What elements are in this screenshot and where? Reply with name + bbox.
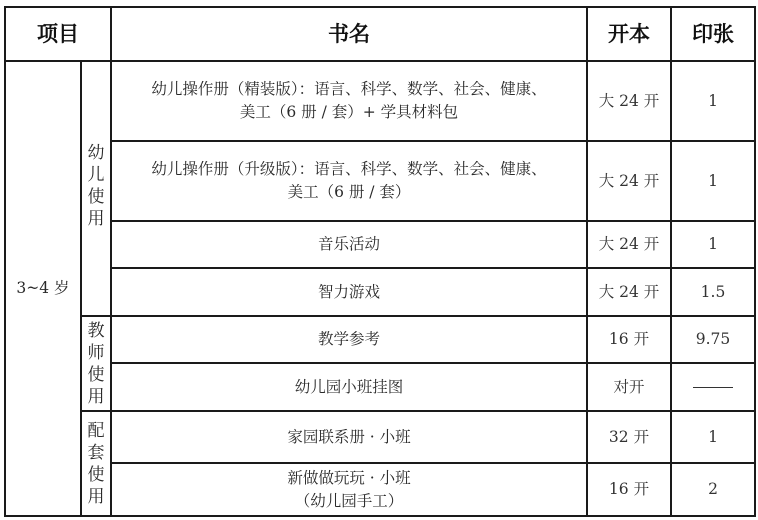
book-title-cell: 幼儿操作册（精装版）：语言、科学、数学、社会、健康、 美工（6 册 / 套）+ … bbox=[111, 61, 587, 141]
subgroup-supplementary: 配套使用 bbox=[81, 411, 111, 516]
header-title: 书名 bbox=[111, 7, 587, 61]
table-row: 新做做玩玩 · 小班 （幼儿园手工） 16 开 2 bbox=[5, 463, 755, 516]
book-title-cell: 新做做玩玩 · 小班 （幼儿园手工） bbox=[111, 463, 587, 516]
format-cell: 大 24 开 bbox=[587, 61, 671, 141]
format-cell: 32 开 bbox=[587, 411, 671, 463]
age-group-label: 3~4 岁 bbox=[16, 279, 69, 297]
table-row: 音乐活动 大 24 开 1 bbox=[5, 221, 755, 268]
format-cell: 16 开 bbox=[587, 316, 671, 363]
subgroup-label: 教师使用 bbox=[88, 320, 105, 408]
table-row: 幼儿操作册（升级版）：语言、科学、数学、社会、健康、 美工（6 册 / 套） 大… bbox=[5, 141, 755, 221]
format-cell: 大 24 开 bbox=[587, 141, 671, 221]
book-title-line: 幼儿操作册（精装版）：语言、科学、数学、社会、健康、 bbox=[112, 78, 586, 101]
book-title-cell: 幼儿园小班挂图 bbox=[111, 363, 587, 411]
sheets-cell: 9.75 bbox=[671, 316, 755, 363]
header-format: 开本 bbox=[587, 7, 671, 61]
format-cell: 对开 bbox=[587, 363, 671, 411]
format-cell: 16 开 bbox=[587, 463, 671, 516]
sheets-cell: 1.5 bbox=[671, 268, 755, 316]
subgroup-children: 幼儿使用 bbox=[81, 61, 111, 316]
format-cell: 大 24 开 bbox=[587, 268, 671, 316]
book-title-cell: 幼儿操作册（升级版）：语言、科学、数学、社会、健康、 美工（6 册 / 套） bbox=[111, 141, 587, 221]
sheets-cell bbox=[671, 363, 755, 411]
subgroup-label: 配套使用 bbox=[88, 420, 105, 508]
book-list-table: 项目 书名 开本 印张 3~4 岁 幼儿使用 幼儿操作册（精装版）：语言、科学、… bbox=[4, 6, 756, 517]
table-row: 幼儿园小班挂图 对开 bbox=[5, 363, 755, 411]
sheets-cell: 1 bbox=[671, 141, 755, 221]
table-row: 智力游戏 大 24 开 1.5 bbox=[5, 268, 755, 316]
header-sheets: 印张 bbox=[671, 7, 755, 61]
book-title-line: （幼儿园手工） bbox=[112, 490, 586, 513]
table-row: 配套使用 家园联系册 · 小班 32 开 1 bbox=[5, 411, 755, 463]
dash-placeholder bbox=[693, 387, 733, 388]
book-title-line: 幼儿操作册（升级版）：语言、科学、数学、社会、健康、 bbox=[112, 158, 586, 181]
book-title-line: 新做做玩玩 · 小班 bbox=[112, 467, 586, 490]
book-title-cell: 智力游戏 bbox=[111, 268, 587, 316]
book-title-cell: 教学参考 bbox=[111, 316, 587, 363]
book-title-line: 美工（6 册 / 套） bbox=[112, 181, 586, 204]
age-group-cell: 3~4 岁 bbox=[5, 61, 81, 516]
table-row: 3~4 岁 幼儿使用 幼儿操作册（精装版）：语言、科学、数学、社会、健康、 美工… bbox=[5, 61, 755, 141]
header-item: 项目 bbox=[5, 7, 111, 61]
book-title-line: 美工（6 册 / 套）+ 学具材料包 bbox=[112, 101, 586, 124]
book-title-cell: 音乐活动 bbox=[111, 221, 587, 268]
sheets-cell: 1 bbox=[671, 221, 755, 268]
sheets-cell: 1 bbox=[671, 411, 755, 463]
format-cell: 大 24 开 bbox=[587, 221, 671, 268]
subgroup-teachers: 教师使用 bbox=[81, 316, 111, 411]
header-row: 项目 书名 开本 印张 bbox=[5, 7, 755, 61]
table-row: 教师使用 教学参考 16 开 9.75 bbox=[5, 316, 755, 363]
sheets-cell: 1 bbox=[671, 61, 755, 141]
sheets-cell: 2 bbox=[671, 463, 755, 516]
subgroup-label: 幼儿使用 bbox=[88, 142, 105, 230]
book-title-cell: 家园联系册 · 小班 bbox=[111, 411, 587, 463]
